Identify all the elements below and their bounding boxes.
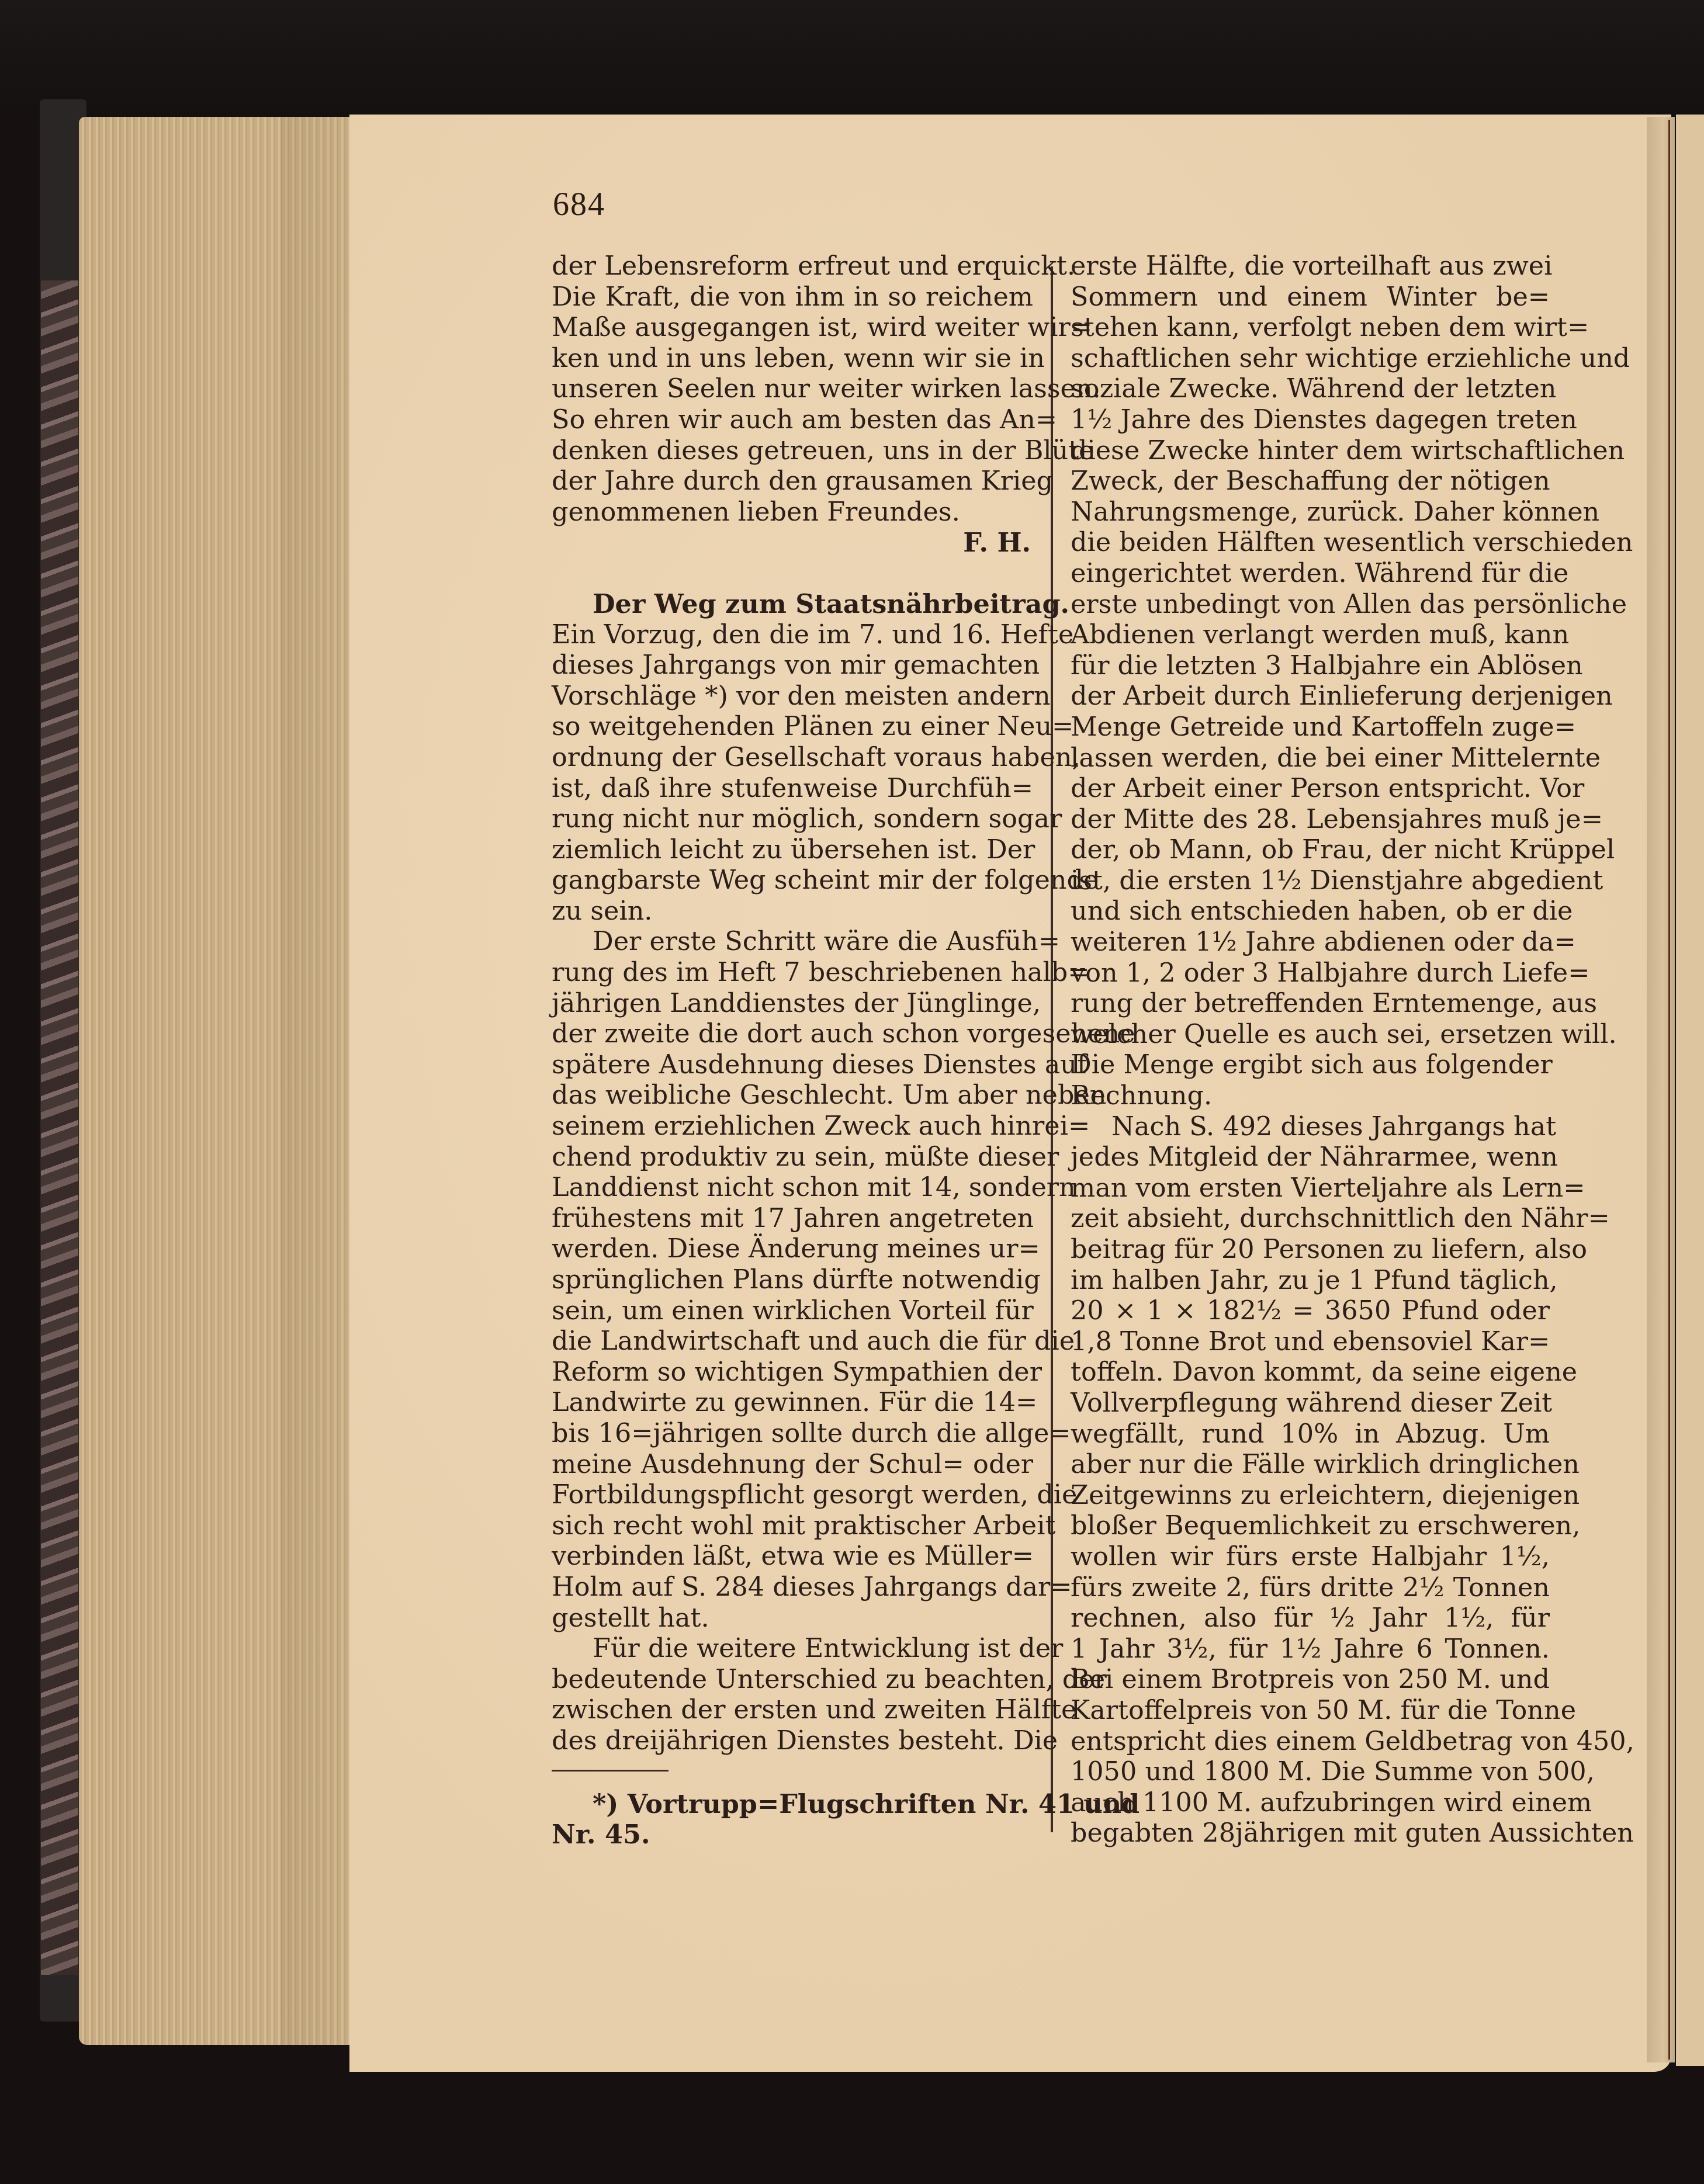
text-line: rung der betreffenden Erntemenge, aus — [1071, 989, 1550, 1020]
text-line: soziale Zwecke. Während der letzten — [1071, 374, 1550, 405]
text-line: 1 Jahr 3½, für 1½ Jahre 6 Tonnen. — [1071, 1634, 1550, 1665]
text-line: begabten 28jährigen mit guten Aussichten — [1071, 1818, 1550, 1849]
text-line: man vom ersten Vierteljahre als Lern= — [1071, 1173, 1550, 1204]
text-line: von 1, 2 oder 3 Halbjahre durch Liefe= — [1071, 958, 1550, 989]
text-line: der Arbeit durch Einlieferung derjenigen — [1071, 681, 1550, 712]
text-line: im halben Jahr, zu je 1 Pfund täglich, — [1071, 1266, 1550, 1296]
text-line: frühestens mit 17 Jahren angetreten — [552, 1204, 1033, 1235]
text-line: welcher Quelle es auch sei, ersetzen wil… — [1071, 1020, 1550, 1051]
footnote: *) Vortrupp=Flugschriften Nr. 41 undNr. … — [552, 1789, 1033, 1850]
text-line: So ehren wir auch am besten das An= — [552, 405, 1033, 436]
text-line: Rechnung. — [1071, 1081, 1550, 1112]
article-title: Der Weg zum Staatsnährbeitrag. — [552, 589, 1033, 620]
text-line: Vollverpflegung während dieser Zeit — [1071, 1388, 1550, 1419]
text-line: meine Ausdehnung der Schul= oder — [552, 1450, 1033, 1481]
text-line: erste unbedingt von Allen das persönlich… — [1071, 590, 1550, 620]
right-column: erste Hälfte, die vorteilhaft aus zweiSo… — [1071, 251, 1550, 1849]
text-line: Landdienst nicht schon mit 14, sondern — [552, 1173, 1033, 1204]
text-line: rung des im Heft 7 beschriebenen halb= — [552, 958, 1033, 989]
author-signature: F. H. — [552, 528, 1033, 559]
text-line: Bei einem Brotpreis von 250 M. und — [1071, 1665, 1550, 1696]
text-line: Vorschläge *) vor den meisten andern — [552, 681, 1033, 712]
text-line: chend produktiv zu sein, müßte dieser — [552, 1142, 1033, 1173]
text-line: wegfällt, rund 10% in Abzug. Um — [1071, 1419, 1550, 1450]
text-line: bloßer Bequemlichkeit zu erschweren, — [1071, 1511, 1550, 1542]
text-line: ziemlich leicht zu übersehen ist. Der — [552, 835, 1033, 866]
text-line: zeit absieht, durchschnittlich den Nähr= — [1071, 1204, 1550, 1235]
text-line: beitrag für 20 Personen zu liefern, also — [1071, 1235, 1550, 1266]
text-line: Kartoffelpreis von 50 M. für die Tonne — [1071, 1696, 1550, 1727]
text-line: der Mitte des 28. Lebensjahres muß je= — [1071, 805, 1550, 836]
text-line: jährigen Landdienstes der Jünglinge, — [552, 989, 1033, 1020]
facing-page-edge — [1676, 115, 1704, 2066]
footnote-line: *) Vortrupp=Flugschriften Nr. 41 und — [552, 1789, 1033, 1820]
text-line: Zweck, der Beschaffung der nötigen — [1071, 466, 1550, 497]
text-line: der, ob Mann, ob Frau, der nicht Krüppel — [1071, 835, 1550, 866]
text-line: Für die weitere Entwicklung ist der — [552, 1634, 1033, 1665]
text-line: sich recht wohl mit praktischer Arbeit — [552, 1511, 1033, 1542]
text-line: Der erste Schritt wäre die Ausfüh= — [552, 927, 1033, 958]
text-line: bis 16=jährigen sollte durch die allge= — [552, 1419, 1033, 1450]
text-line: ist, daß ihre stufenweise Durchfüh= — [552, 774, 1033, 805]
page-stack-shade — [280, 117, 354, 2045]
text-line: Zeitgewinns zu erleichtern, diejenigen — [1071, 1481, 1550, 1512]
text-line: Reform so wichtigen Sympathien der — [552, 1357, 1033, 1388]
text-line: Holm auf S. 284 dieses Jahrgangs dar= — [552, 1572, 1033, 1603]
text-line: rung nicht nur möglich, sondern sogar — [552, 804, 1033, 835]
text-line: dieses Jahrgangs von mir gemachten — [552, 650, 1033, 681]
binding-thread — [1668, 120, 1670, 2060]
text-line: der zweite die dort auch schon vorgesehe… — [552, 1019, 1033, 1050]
text-line: zwischen der ersten und zweiten Hälfte — [552, 1695, 1033, 1726]
text-line: für die letzten 3 Halbjahre ein Ablösen — [1071, 651, 1550, 682]
text-line: spätere Ausdehnung dieses Dienstes auf — [552, 1050, 1033, 1081]
left-column: der Lebensreform erfreut und erquickt.Di… — [552, 251, 1033, 1850]
text-line: Die Menge ergibt sich aus folgender — [1071, 1050, 1550, 1081]
text-line: ist, die ersten 1½ Dienstjahre abgedient — [1071, 866, 1550, 897]
text-line: 1,8 Tonne Brot und ebensoviel Kar= — [1071, 1327, 1550, 1358]
text-line: eingerichtet werden. Während für die — [1071, 559, 1550, 590]
dark-backdrop — [0, 0, 1704, 117]
text-line: denken dieses getreuen, uns in der Blüte — [552, 436, 1033, 467]
text-line: ordnung der Gesellschaft voraus haben, — [552, 743, 1033, 774]
text-line: Ein Vorzug, den die im 7. und 16. Hefte — [552, 620, 1033, 651]
text-line: weiteren 1½ Jahre abdienen oder da= — [1071, 927, 1550, 958]
text-line: des dreijährigen Dienstes besteht. Die — [552, 1726, 1033, 1757]
marbled-edge — [41, 280, 78, 1975]
text-line: der Jahre durch den grausamen Krieg — [552, 466, 1033, 497]
text-line: genommenen lieben Freundes. — [552, 497, 1033, 528]
text-line: 1050 und 1800 M. Die Summe von 500, — [1071, 1757, 1550, 1788]
text-line: und sich entschieden haben, ob er die — [1071, 896, 1550, 927]
text-line: Sommern und einem Winter be= — [1071, 282, 1550, 313]
text-line: gangbarste Weg scheint mir der folgende — [552, 865, 1033, 896]
text-line: gestellt hat. — [552, 1603, 1033, 1634]
text-line: wollen wir fürs erste Halbjahr 1½, — [1071, 1542, 1550, 1573]
text-line: Abdienen verlangt werden muß, kann — [1071, 620, 1550, 651]
text-line: Maße ausgegangen ist, wird weiter wir= — [552, 313, 1033, 344]
text-line: toffeln. Davon kommt, da seine eigene — [1071, 1357, 1550, 1388]
text-line: auch 1100 M. aufzubringen wird einem — [1071, 1788, 1550, 1819]
text-line: schaftlichen sehr wichtige erziehliche u… — [1071, 344, 1550, 375]
text-line: aber nur die Fälle wirklich dringlichen — [1071, 1450, 1550, 1481]
text-line: der Arbeit einer Person entspricht. Vor — [1071, 774, 1550, 805]
text-line: die beiden Hälften wesentlich verschiede… — [1071, 528, 1550, 559]
text-line: werden. Diese Änderung meines ur= — [552, 1234, 1033, 1265]
footnote-line: Nr. 45. — [552, 1819, 1033, 1850]
text-line: Menge Getreide und Kartoffeln zuge= — [1071, 712, 1550, 743]
text-line: 1½ Jahre des Dienstes dagegen treten — [1071, 405, 1550, 436]
text-line: entspricht dies einem Geldbetrag von 450… — [1071, 1727, 1550, 1757]
text-line: sein, um einen wirklichen Vorteil für — [552, 1296, 1033, 1327]
text-line: 20 × 1 × 182½ = 3650 Pfund oder — [1071, 1296, 1550, 1327]
paragraph-gap — [552, 559, 1033, 589]
text-line: Die Kraft, die von ihm in so reichem — [552, 282, 1033, 313]
text-line: das weibliche Geschlecht. Um aber neben — [552, 1080, 1033, 1111]
text-line: diese Zwecke hinter dem wirtschaftlichen — [1071, 436, 1550, 467]
text-line: Nahrungsmenge, zurück. Daher können — [1071, 497, 1550, 528]
text-line: stehen kann, verfolgt neben dem wirt= — [1071, 313, 1550, 344]
text-line: Landwirte zu gewinnen. Für die 14= — [552, 1388, 1033, 1419]
text-line: Fortbildungspflicht gesorgt werden, die — [552, 1480, 1033, 1511]
text-line: jedes Mitgleid der Nährarmee, wenn — [1071, 1142, 1550, 1173]
page-number: 684 — [553, 186, 605, 223]
text-line: lassen werden, die bei einer Mittelernte — [1071, 743, 1550, 774]
text-line: seinem erziehlichen Zweck auch hinrei= — [552, 1111, 1033, 1142]
text-line: Nach S. 492 dieses Jahrgangs hat — [1071, 1112, 1550, 1143]
text-line: die Landwirtschaft und auch die für die — [552, 1326, 1033, 1357]
text-line: zu sein. — [552, 896, 1033, 927]
text-line: so weitgehenden Plänen zu einer Neu= — [552, 712, 1033, 743]
text-line: ken und in uns leben, wenn wir sie in — [552, 344, 1033, 375]
text-line: verbinden läßt, etwa wie es Müller= — [552, 1541, 1033, 1572]
text-line: erste Hälfte, die vorteilhaft aus zwei — [1071, 251, 1550, 282]
text-line: fürs zweite 2, fürs dritte 2½ Tonnen — [1071, 1573, 1550, 1604]
book-gutter — [1647, 117, 1675, 2062]
text-line: bedeutende Unterschied zu beachten, der — [552, 1665, 1033, 1696]
text-line: rechnen, also für ½ Jahr 1½, für — [1071, 1603, 1550, 1634]
footnote-rule — [552, 1770, 669, 1772]
text-line: sprünglichen Plans dürfte notwendig — [552, 1265, 1033, 1296]
text-line: der Lebensreform erfreut und erquickt. — [552, 251, 1033, 282]
text-line: unseren Seelen nur weiter wirken lassen. — [552, 374, 1033, 405]
